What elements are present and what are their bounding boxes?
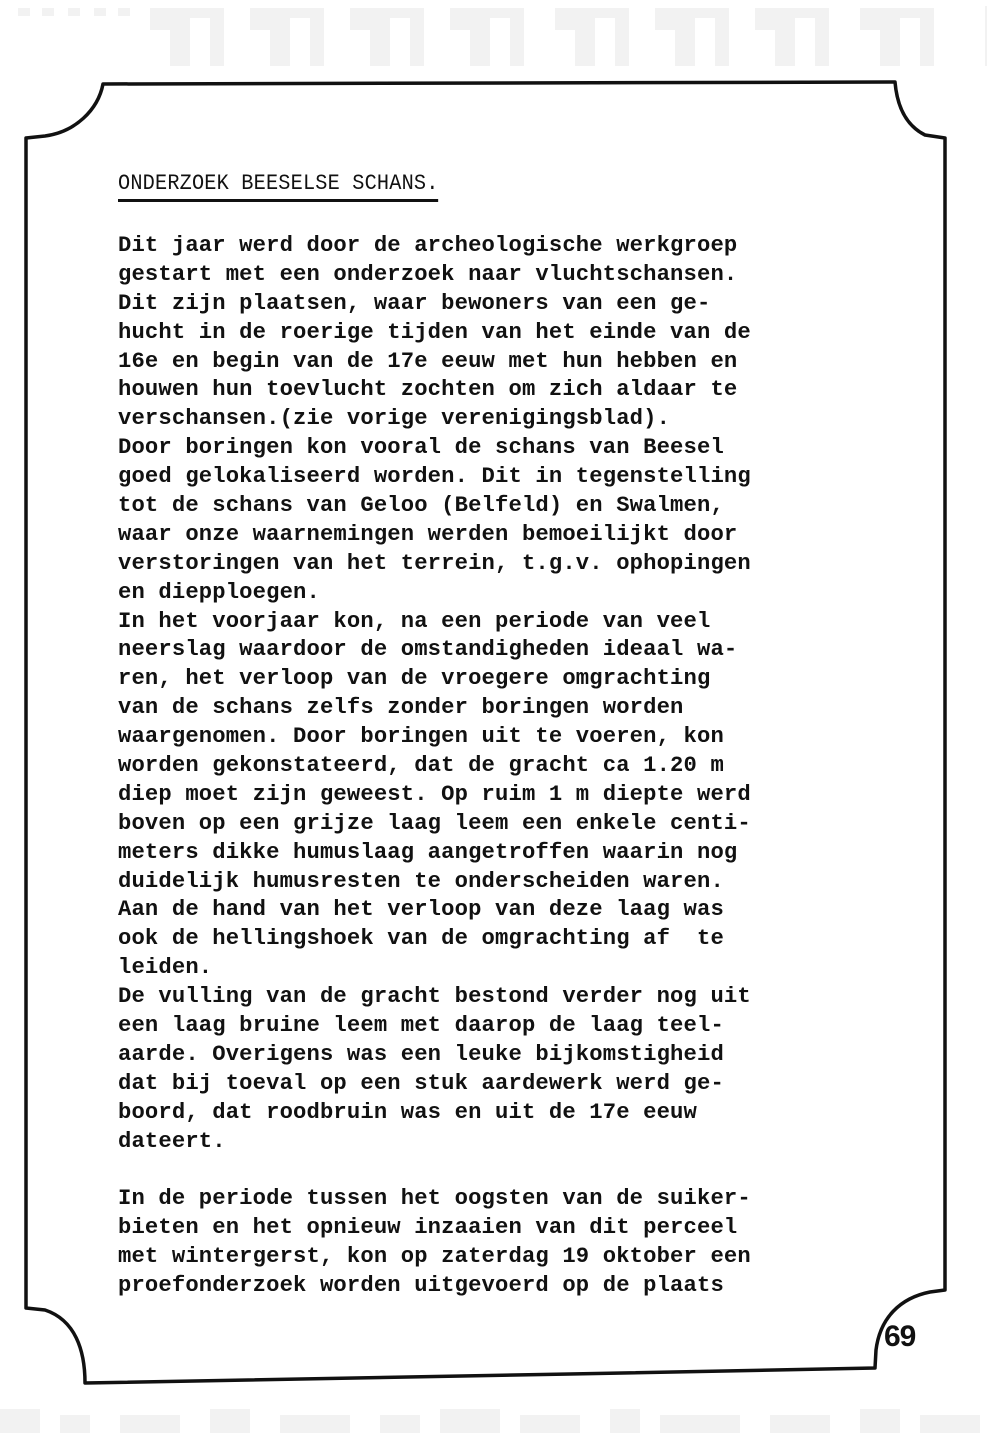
text-line: houwen hun toevlucht zochten om zich ald…	[118, 376, 858, 405]
text-line: gestart met een onderzoek naar vluchtsch…	[118, 261, 858, 290]
article-body: Dit jaar werd door de archeologische wer…	[118, 232, 858, 1301]
paragraph-2: In de periode tussen het oogsten van de …	[118, 1185, 858, 1301]
text-line: een laag bruine leem met daarop de laag …	[118, 1012, 858, 1041]
text-line: van de schans zelfs zonder boringen word…	[118, 694, 858, 723]
text-line: In de periode tussen het oogsten van de …	[118, 1185, 858, 1214]
text-line: waargenomen. Door boringen uit te voeren…	[118, 723, 858, 752]
text-line: duidelijk humusresten te onderscheiden w…	[118, 868, 858, 897]
text-line: Door boringen kon vooral de schans van B…	[118, 434, 858, 463]
text-line: boven op een grijze laag leem een enkele…	[118, 810, 858, 839]
text-line: tot de schans van Geloo (Belfeld) en Swa…	[118, 492, 858, 521]
paragraph-spacer	[118, 1157, 858, 1186]
text-line: Aan de hand van het verloop van deze laa…	[118, 896, 858, 925]
text-line: De vulling van de gracht bestond verder …	[118, 983, 858, 1012]
text-line: Dit jaar werd door de archeologische wer…	[118, 232, 858, 261]
text-line: ren, het verloop van de vroegere omgrach…	[118, 665, 858, 694]
text-line: 16e en begin van de 17e eeuw met hun heb…	[118, 348, 858, 377]
text-line: dat bij toeval op een stuk aardewerk wer…	[118, 1070, 858, 1099]
text-line: Dit zijn plaatsen, waar bewoners van een…	[118, 290, 858, 319]
text-line: goed gelokaliseerd worden. Dit in tegens…	[118, 463, 858, 492]
text-line: dateert.	[118, 1128, 858, 1157]
text-line: verstoringen van het terrein, t.g.v. oph…	[118, 550, 858, 579]
text-line: met wintergerst, kon op zaterdag 19 okto…	[118, 1243, 858, 1272]
text-line: hucht in de roerige tijden van het einde…	[118, 319, 858, 348]
article: ONDERZOEK BEESELSE SCHANS. Dit jaar werd…	[118, 170, 858, 1301]
text-line: worden gekonstateerd, dat de gracht ca 1…	[118, 752, 858, 781]
text-line: aarde. Overigens was een leuke bijkomsti…	[118, 1041, 858, 1070]
text-line: neerslag waardoor de omstandigheden idea…	[118, 636, 858, 665]
text-line: verschansen.(zie vorige verenigingsblad)…	[118, 405, 858, 434]
text-line: bieten en het opnieuw inzaaien van dit p…	[118, 1214, 858, 1243]
text-line: In het voorjaar kon, na een periode van …	[118, 608, 858, 637]
article-title: ONDERZOEK BEESELSE SCHANS.	[118, 170, 439, 202]
page-number: 69	[884, 1320, 915, 1354]
text-line: ook de hellingshoek van de omgrachting a…	[118, 925, 858, 954]
text-line: en diepploegen.	[118, 579, 858, 608]
scan-artifact-bottom	[0, 1405, 1000, 1435]
text-line: diep moet zijn geweest. Op ruim 1 m diep…	[118, 781, 858, 810]
text-line: meters dikke humuslaag aangetroffen waar…	[118, 839, 858, 868]
scan-artifact-top	[0, 6, 1000, 66]
text-line: proefonderzoek worden uitgevoerd op de p…	[118, 1272, 858, 1301]
text-line: leiden.	[118, 954, 858, 983]
paragraph-1: Dit jaar werd door de archeologische wer…	[118, 232, 858, 1157]
text-line: waar onze waarnemingen werden bemoeilijk…	[118, 521, 858, 550]
text-line: boord, dat roodbruin was en uit de 17e e…	[118, 1099, 858, 1128]
